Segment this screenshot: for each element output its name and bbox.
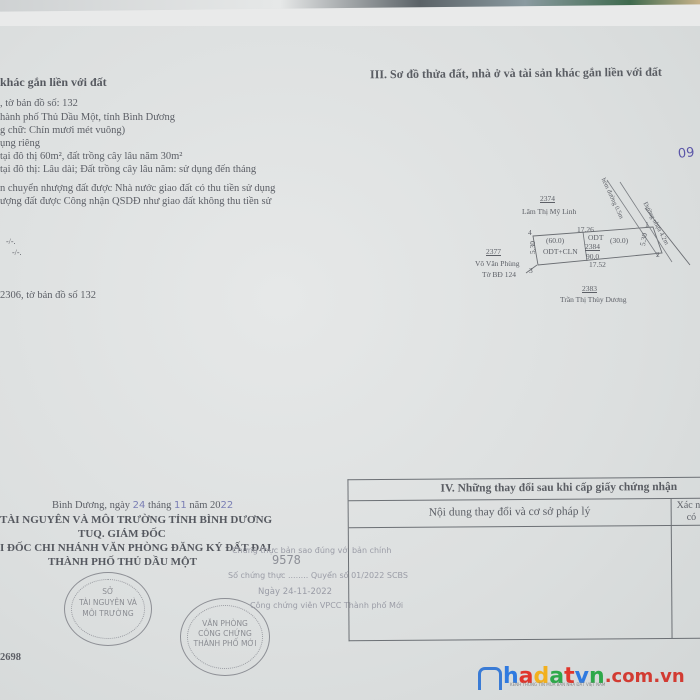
issuer-branch: I ĐỐC CHI NHÁNH VĂN PHÒNG ĐĂNG KÝ ĐẤT ĐA… bbox=[0, 542, 271, 554]
date-month-label: tháng bbox=[148, 500, 171, 511]
seal-line-2: TÀI NGUYÊN VÀ bbox=[65, 598, 151, 608]
notary-line-1: VĂN PHÒNG bbox=[181, 619, 269, 629]
table-header-row: Nội dung thay đổi và cơ sở pháp lý Xác n… bbox=[349, 499, 700, 529]
south-parcel-owner: Trần Thị Thùy Dương bbox=[560, 295, 626, 304]
changes-table: IV. Những thay đổi sau khi cấp giấy chứn… bbox=[347, 477, 700, 642]
vertex-3: 3 bbox=[529, 266, 533, 275]
date-month: 11 bbox=[174, 500, 187, 511]
brand-domain: .com.vn bbox=[605, 664, 685, 690]
land-purpose-line: tại đô thị 60m², đất trồng cây lâu năm 3… bbox=[0, 151, 182, 162]
parcel-reference: 2306, tờ bản đồ số 132 bbox=[0, 290, 96, 301]
date-prefix: Bình Dương, ngày bbox=[52, 500, 130, 511]
west-parcel-sheet: Tờ BĐ 124 bbox=[482, 270, 516, 279]
notary-line-2: CÔNG CHỨNG bbox=[181, 629, 269, 639]
west-parcel-owner: Võ Văn Phùng bbox=[475, 259, 519, 268]
use-form-line: ụng riêng bbox=[0, 138, 40, 149]
column-header-changes: Nội dung thay đổi và cơ sở pháp lý bbox=[429, 506, 591, 519]
use-top: ODT bbox=[588, 233, 603, 242]
ministry-seal-stamp: SỞ TÀI NGUYÊN VÀ MÔI TRƯỜNG bbox=[64, 572, 152, 646]
issuer-authorization: TUQ. GIÁM ĐỐC bbox=[78, 528, 166, 540]
seal-line-1: SỞ bbox=[65, 587, 151, 597]
origin-line-2: ượng đất được Công nhận QSDĐ như giao đấ… bbox=[0, 196, 271, 207]
column-header-confirmation: Xác n có bbox=[677, 500, 700, 524]
area-in-words-line: g chữ: Chín mươi mét vuông) bbox=[0, 125, 125, 136]
house-icon bbox=[478, 667, 502, 690]
map-sheet-line: , tờ bản đồ số: 132 bbox=[0, 98, 78, 109]
date-day: 24 bbox=[133, 500, 146, 511]
issuer-city: THÀNH PHỐ THỦ DẦU MỘT bbox=[48, 556, 197, 568]
confirmation-line-1: Xác n bbox=[677, 500, 700, 511]
dash-mark-1: -/-. bbox=[6, 237, 16, 246]
issue-date-line: Bình Dương, ngày 24 tháng 11 năm 2022 bbox=[52, 500, 233, 511]
vertex-1: 1 bbox=[645, 220, 649, 229]
vertex-2: 2 bbox=[656, 250, 660, 259]
table-title-row: IV. Những thay đổi sau khi cấp giấy chứn… bbox=[348, 478, 700, 502]
south-parcel-number: 2383 bbox=[582, 284, 597, 293]
vertex-4: 4 bbox=[528, 228, 532, 237]
parcel-diagram: 2374 Lâm Thị Mỹ Linh 2377 Võ Văn Phùng T… bbox=[440, 170, 700, 310]
notary-line-3: THÀNH PHỐ MỚI bbox=[181, 639, 269, 649]
use-term-line: tại đô thị: Lâu dài; Đất trồng cây lâu n… bbox=[0, 164, 256, 175]
north-parcel-owner: Lâm Thị Mỹ Linh bbox=[522, 207, 576, 216]
confirmation-line-2: có bbox=[677, 512, 697, 523]
subject-parcel-number: 2384 bbox=[585, 242, 600, 251]
north-parcel-number: 2374 bbox=[540, 194, 555, 203]
certification-number: 9578 bbox=[272, 553, 301, 567]
use-left: ODT+CLN bbox=[543, 247, 578, 256]
handwritten-note: 09 bbox=[677, 145, 695, 162]
area-left: (60.0) bbox=[546, 236, 564, 245]
west-parcel-number: 2377 bbox=[486, 247, 501, 256]
serial-number: 2698 bbox=[0, 652, 21, 663]
date-year-label: năm 20 bbox=[189, 500, 220, 511]
edge-left-length: 5.30 bbox=[528, 241, 537, 254]
seal-line-3: MÔI TRƯỜNG bbox=[65, 609, 151, 619]
brand-tagline: KÊNH THÔNG TIN MUA BÁN NHÀ ĐẤT VIỆT NAM bbox=[510, 682, 605, 687]
section-left-header: khác gắn liền với đất bbox=[0, 75, 107, 90]
date-year: 22 bbox=[221, 500, 234, 511]
origin-line-1: n chuyển nhượng đất được Nhà nước giao đ… bbox=[0, 183, 275, 194]
area-right: (30.0) bbox=[610, 236, 628, 245]
table-title: IV. Những thay đổi sau khi cấp giấy chứn… bbox=[440, 481, 677, 495]
edge-bottom-length: 17.52 bbox=[589, 260, 606, 269]
issuer-department: TÀI NGUYÊN VÀ MÔI TRƯỜNG TỈNH BÌNH DƯƠNG bbox=[0, 514, 272, 526]
address-line: hành phố Thủ Dầu Một, tỉnh Bình Dương bbox=[0, 112, 175, 123]
dash-mark-2: -/-. bbox=[12, 248, 22, 257]
section-right-header: III. Sơ đồ thửa đất, nhà ở và tài sản kh… bbox=[370, 65, 662, 83]
